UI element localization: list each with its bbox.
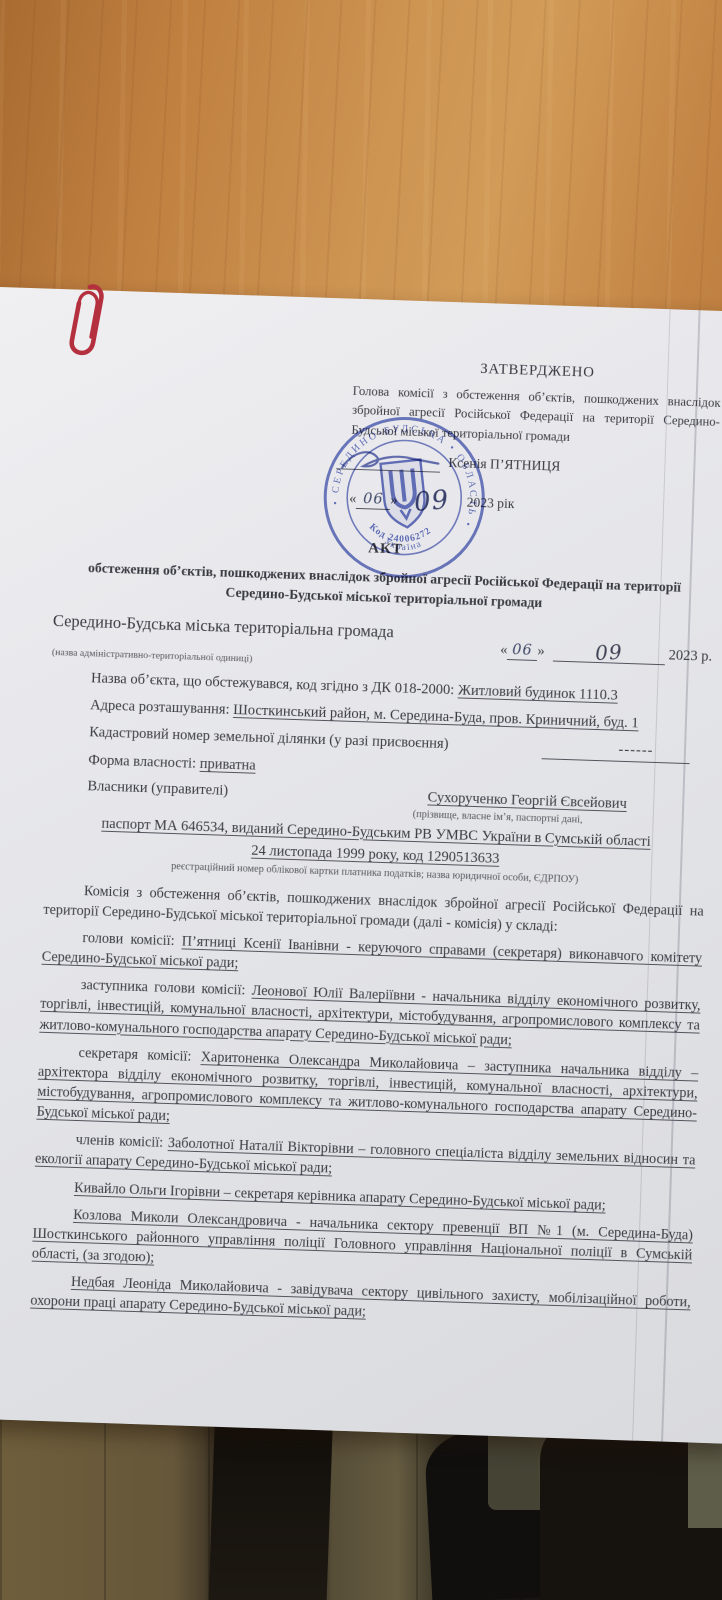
member-lead: членів комісії: [75, 1132, 163, 1151]
territory-date: «06»092023 р. [500, 625, 713, 667]
quote-close: » [537, 643, 545, 659]
member-paragraph: секретаря комісії: Харитоненка Олександр… [36, 1041, 698, 1143]
ownership-label: Форма власності: [88, 752, 196, 772]
territory-year: 2023 р. [668, 647, 712, 664]
handwritten-month: 09 [594, 640, 623, 665]
official-stamp: • СЕРЕДИНО-БУДСЬКА • ОБЛАСТЬ • Код 24006… [311, 404, 498, 591]
ownership-value: приватна [199, 756, 256, 774]
address-value: Шосткинський район, м. Середина-Буда, пр… [233, 702, 639, 731]
cadastral-value: ------ [542, 738, 691, 763]
paperclip [60, 281, 108, 377]
owners-label: Власники (управителі) [47, 777, 228, 800]
photo-scene: • СЕРЕДИНО-БУДСЬКА • ОБЛАСТЬ • Код 24006… [0, 0, 722, 1600]
object-value: Житловий будинок 1110.3 [458, 682, 618, 703]
member-text: Козлова Миколи Олександровича - начальни… [32, 1207, 694, 1266]
member-lead: заступника голови комісії: [81, 977, 246, 998]
object-label: Назва об’єкта, що обстежувався, код згід… [91, 670, 455, 698]
handwritten-day: 06 [512, 642, 533, 659]
cadastral-label: Кадастровий номер земельної ділянки (у р… [89, 724, 449, 752]
approval-heading: ЗАТВЕРДЖЕНО [353, 357, 721, 386]
member-lead: голови комісії: [82, 930, 175, 949]
member-lead: секретаря комісії: [78, 1045, 191, 1065]
document-paper: • СЕРЕДИНО-БУДСЬКА • ОБЛАСТЬ • Код 24006… [0, 286, 722, 1444]
trident-emblem-icon [381, 460, 428, 530]
person-leg-left [209, 1406, 334, 1600]
address-label: Адреса розташування: [90, 697, 230, 718]
